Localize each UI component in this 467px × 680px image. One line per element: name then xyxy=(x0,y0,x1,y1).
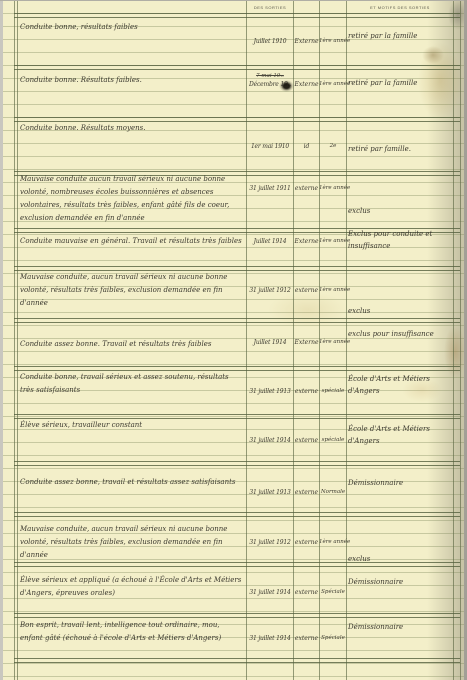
classe-value: 1ère année xyxy=(319,38,347,44)
classe-value: Normale xyxy=(319,489,347,495)
regime-value: id xyxy=(294,143,319,150)
exit-motif: École d'Arts et Métiers d'Angers xyxy=(348,423,452,447)
observations-text: Mauvaise conduite, aucun travail sérieux… xyxy=(20,271,244,310)
exit-date: 1er mai 1910 xyxy=(246,143,294,150)
regime-value: Externe xyxy=(294,238,319,245)
observations-text: Conduite assez bonne, travail et résulta… xyxy=(20,476,244,489)
exit-date: Juillet 1914 xyxy=(246,339,294,346)
exit-motif: exclus xyxy=(348,205,452,217)
exit-date-struck: 7 mai 19.. xyxy=(246,73,294,79)
exit-date: Juillet 1910 xyxy=(246,38,294,45)
register-row: Bon esprit, travail lent, intelligence t… xyxy=(14,613,460,658)
register-row: Conduite bonne. Résultats faibles. 7 mai… xyxy=(14,65,460,117)
observations-text: Mauvaise conduite, aucun travail sérieux… xyxy=(20,523,244,562)
exit-motif: exclus xyxy=(348,305,452,317)
exit-date: 31 juillet 1912 xyxy=(246,287,294,294)
observations-text: Conduite assez bonne. Travail et résulta… xyxy=(20,338,244,351)
classe-value: 1ère année xyxy=(319,185,347,191)
column-line xyxy=(460,0,461,680)
register-row: Mauvaise conduite aucun travail sérieux … xyxy=(14,171,460,228)
regime-value: externe xyxy=(294,287,319,294)
regime-value: externe xyxy=(294,437,319,444)
exit-date: 31 juillet 1913 xyxy=(246,489,294,496)
observations-text: Conduite mauvaise en général. Travail et… xyxy=(20,235,244,248)
register-row: Conduite bonne, travail sérieux et assez… xyxy=(14,366,460,414)
regime-value: Externe xyxy=(294,339,319,346)
exit-motif: Démissionnaire xyxy=(348,621,452,633)
exit-date: Juillet 1914 xyxy=(246,238,294,245)
classe-value: 1ère année xyxy=(319,287,347,293)
observations-text: Élève sérieux, travailleur constant xyxy=(20,419,244,432)
regime-value: externe xyxy=(294,185,319,192)
exit-date: 31 juillet 1912 xyxy=(246,539,294,546)
exit-motif: École d'Arts et Métiers d'Angers xyxy=(348,373,452,397)
classe-value: Spéciale xyxy=(319,635,347,641)
observations-text: Conduite bonne, travail sérieux et assez… xyxy=(20,371,244,397)
classe-value: 1ère année xyxy=(319,539,347,545)
register-row: Conduite mauvaise en général. Travail et… xyxy=(14,228,460,266)
scanned-register-page: DES SORTIES ET MOTIFS DES SORTIES Condui… xyxy=(0,0,467,680)
exit-motif: retiré par famille. xyxy=(348,143,452,155)
column-header-dates-sorties: DES SORTIES xyxy=(247,3,293,12)
exit-date: 31 juillet 1914 xyxy=(246,437,294,444)
exit-motif: Exclus pour conduite et insuffisance xyxy=(348,228,452,252)
classe-value: spéciale xyxy=(319,437,347,443)
regime-value: Externe xyxy=(294,81,319,88)
regime-value: externe xyxy=(294,539,319,546)
exit-date: 31 juillet 1914 xyxy=(246,635,294,642)
register-row: Conduite assez bonne, travail et résulta… xyxy=(14,461,460,512)
register-row: Élève sérieux, travailleur constant 31 j… xyxy=(14,414,460,461)
exit-motif: retiré par la famille xyxy=(348,30,452,42)
register-row: Mauvaise conduite, aucun travail sérieux… xyxy=(14,266,460,318)
register-row: Conduite bonne, résultats faibles Juille… xyxy=(14,13,460,65)
exit-date: 31 juillet 1914 xyxy=(246,589,294,596)
scan-edge-left xyxy=(0,0,3,680)
regime-value: externe xyxy=(294,589,319,596)
observations-text: Élève sérieux et appliqué (a échoué à l'… xyxy=(20,574,244,600)
observations-text: Conduite bonne. Résultats faibles. xyxy=(20,74,244,87)
exit-date: 31 juillet 1911 xyxy=(246,185,294,192)
register-row: Conduite assez bonne. Travail et résulta… xyxy=(14,318,460,366)
register-row: Mauvaise conduite, aucun travail sérieux… xyxy=(14,512,460,562)
classe-value: 1ère année xyxy=(319,81,347,87)
row-separator xyxy=(14,658,460,663)
exit-motif: Démissionnaire xyxy=(348,477,452,489)
classe-value: 2e xyxy=(319,143,347,149)
classe-value: Spéciale xyxy=(319,589,347,595)
exit-motif: exclus pour insuffisance xyxy=(348,328,452,340)
observations-text: Conduite bonne, résultats faibles xyxy=(20,21,244,34)
exit-date: 31 juillet 1913 xyxy=(246,388,294,395)
classe-value: 1ère année xyxy=(319,238,347,244)
exit-motif: Démissionnaire xyxy=(348,576,452,588)
column-header-motifs-sorties: ET MOTIFS DES SORTIES xyxy=(347,3,453,12)
classe-value: 1ère année xyxy=(319,339,347,345)
regime-value: Externe xyxy=(294,38,319,45)
observations-text: Bon esprit, travail lent, intelligence t… xyxy=(20,619,244,645)
register-row: Élève sérieux et appliqué (a échoué à l'… xyxy=(14,562,460,613)
register-row: Conduite bonne. Résultats moyens. 1er ma… xyxy=(14,117,460,171)
regime-value: externe xyxy=(294,635,319,642)
observations-text: Conduite bonne. Résultats moyens. xyxy=(20,122,244,135)
exit-motif: retiré par la famille xyxy=(348,77,452,89)
classe-value: spéciale xyxy=(319,388,347,394)
observations-text: Mauvaise conduite aucun travail sérieux … xyxy=(20,173,244,225)
regime-value: externe xyxy=(294,489,319,496)
scan-edge-top xyxy=(0,0,467,1)
regime-value: externe xyxy=(294,388,319,395)
